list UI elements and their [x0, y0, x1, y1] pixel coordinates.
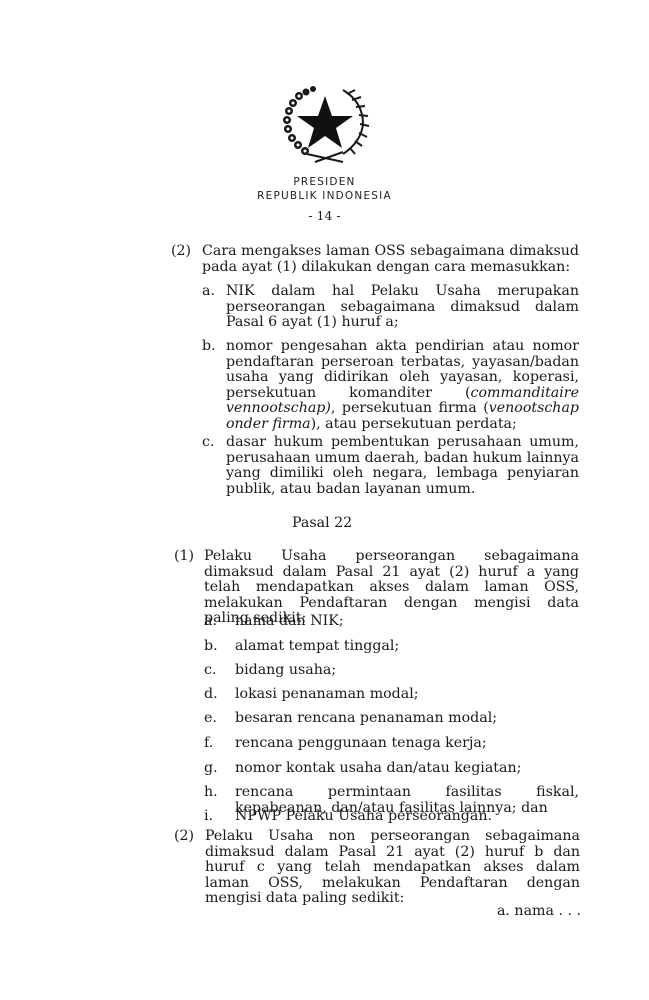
list-item: alamat tempat tinggal; — [235, 639, 579, 655]
item-label: c. — [204, 663, 216, 679]
item-label: h. — [204, 785, 218, 801]
pasal-title: Pasal 22 — [292, 515, 352, 531]
ayat-text: Pelaku Usaha non perseorangan sebagaiman… — [205, 829, 580, 907]
item-label: a. — [204, 614, 217, 630]
list-item: besaran rencana penanaman modal; — [235, 711, 579, 727]
item-label: c. — [202, 435, 214, 451]
ayat-number: (1) — [174, 549, 194, 565]
item-label: e. — [204, 711, 217, 727]
list-item: rencana penggunaan tenaga kerja; — [235, 736, 579, 752]
list-item: lokasi penanaman modal; — [235, 687, 579, 703]
page-continuation: a. nama . . . — [497, 903, 581, 919]
item-label: b. — [204, 639, 218, 655]
item-text: , persekutuan firma ( — [331, 400, 489, 416]
page-number: - 14 - — [0, 208, 649, 223]
list-item: NIK dalam hal Pelaku Usaha merupakan per… — [226, 284, 579, 331]
item-label: d. — [204, 687, 218, 703]
header-republik-indonesia: REPUBLIK INDONESIA — [0, 190, 649, 202]
item-label: b. — [202, 339, 216, 355]
list-item: dasar hukum pembentukan perusahaan umum,… — [226, 435, 579, 497]
item-label: i. — [204, 809, 213, 825]
list-item: nama dan NIK; — [235, 614, 579, 630]
list-item: nomor pengesahan akta pendirian atau nom… — [226, 339, 579, 432]
garuda-star-emblem-icon — [277, 82, 373, 166]
item-label: g. — [204, 761, 218, 777]
item-text: ), atau persekutuan perdata; — [311, 416, 517, 432]
list-item: bidang usaha; — [235, 663, 579, 679]
item-label: f. — [204, 736, 213, 752]
ayat-number: (2) — [174, 829, 194, 845]
header-presiden: PRESIDEN — [0, 176, 649, 188]
ayat-number: (2) — [171, 244, 191, 260]
list-item: nomor kontak usaha dan/atau kegiatan; — [235, 761, 579, 777]
list-item: NPWP Pelaku Usaha perseorangan. — [235, 809, 579, 825]
ayat-text: Cara mengakses laman OSS sebagaimana dim… — [202, 244, 579, 275]
item-label: a. — [202, 284, 215, 300]
